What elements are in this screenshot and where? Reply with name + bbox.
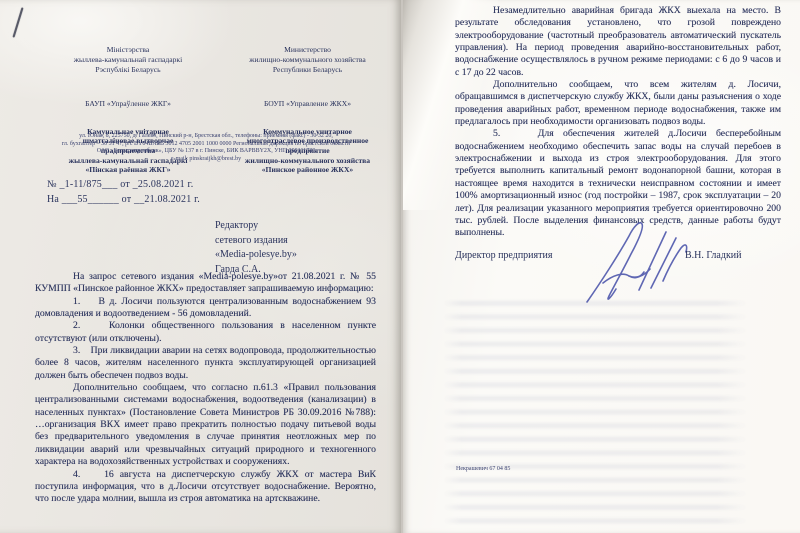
letter-body-right: Незамедлительно аварийная бригада ЖКХ вы… (455, 5, 781, 240)
pen-stroke-mark (13, 7, 24, 37)
ministry-name-by: Міністэрства жыллева-камунальнай гаспада… (38, 45, 218, 75)
reference-block: № _1-11/875___ от _25.08.2021 г. На ___5… (47, 177, 200, 207)
signature-name: В.Н. Гладкий (685, 250, 742, 261)
paragraph-item-2: 2. Колонки общественного пользования в н… (35, 320, 376, 345)
paragraph-item-1: 1. В д. Лосичи пользуются централизованн… (35, 296, 376, 321)
ref-number-line: № _1-11/875___ от _25.08.2021 г. (47, 177, 200, 192)
org-management-by: БАУП «Упраўленне ЖКГ» (38, 99, 218, 109)
letterhead-russian: Министерство жилищно-коммунального хозяй… (219, 27, 396, 193)
letterhead-belarusian: Міністэрства жыллева-камунальнай гаспада… (38, 27, 218, 193)
paragraph-residents: Дополнительно сообщаем, что всем жителям… (455, 79, 781, 128)
scanned-letter: Міністэрства жыллева-камунальнай гаспада… (0, 0, 800, 533)
ref-reply-line: На ___55______ от __21.08.2021 г. (47, 192, 200, 207)
paragraph-emergency: Незамедлительно аварийная бригада ЖКХ вы… (455, 5, 781, 79)
ministry-name-ru: Министерство жилищно-коммунального хозяй… (219, 45, 396, 75)
executor-contact: Некрашевич 67 04 85 (456, 466, 510, 472)
paragraph-intro: На запрос сетевого издания «Media-polesy… (35, 271, 376, 296)
address-block: ул. Юная, 8, 225750, д. Галево, Пинский … (20, 133, 392, 163)
paragraph-item-4: 4. 16 августа на диспетчерскую службу ЖК… (35, 469, 376, 506)
bleed-through-text (443, 296, 748, 528)
letter-body-left: На запрос сетевого издания «Media-polesy… (35, 271, 376, 506)
signature-handwriting (579, 210, 697, 308)
org-management-ru: БОУП «Управление ЖКХ» (219, 99, 396, 109)
signature-title: Директор предприятия (455, 250, 552, 261)
paragraph-item-3: 3. При ликвидации аварии на сетях водопр… (35, 345, 376, 382)
paragraph-rules: Дополнительно сообщаем, что согласно п.6… (35, 382, 376, 468)
page-left: Міністэрства жыллева-камунальнай гаспада… (0, 0, 401, 533)
page-right: Незамедлительно аварийная бригада ЖКХ вы… (403, 0, 800, 533)
addressee-block: Редактору сетевого издания «Media-polesy… (215, 219, 297, 277)
